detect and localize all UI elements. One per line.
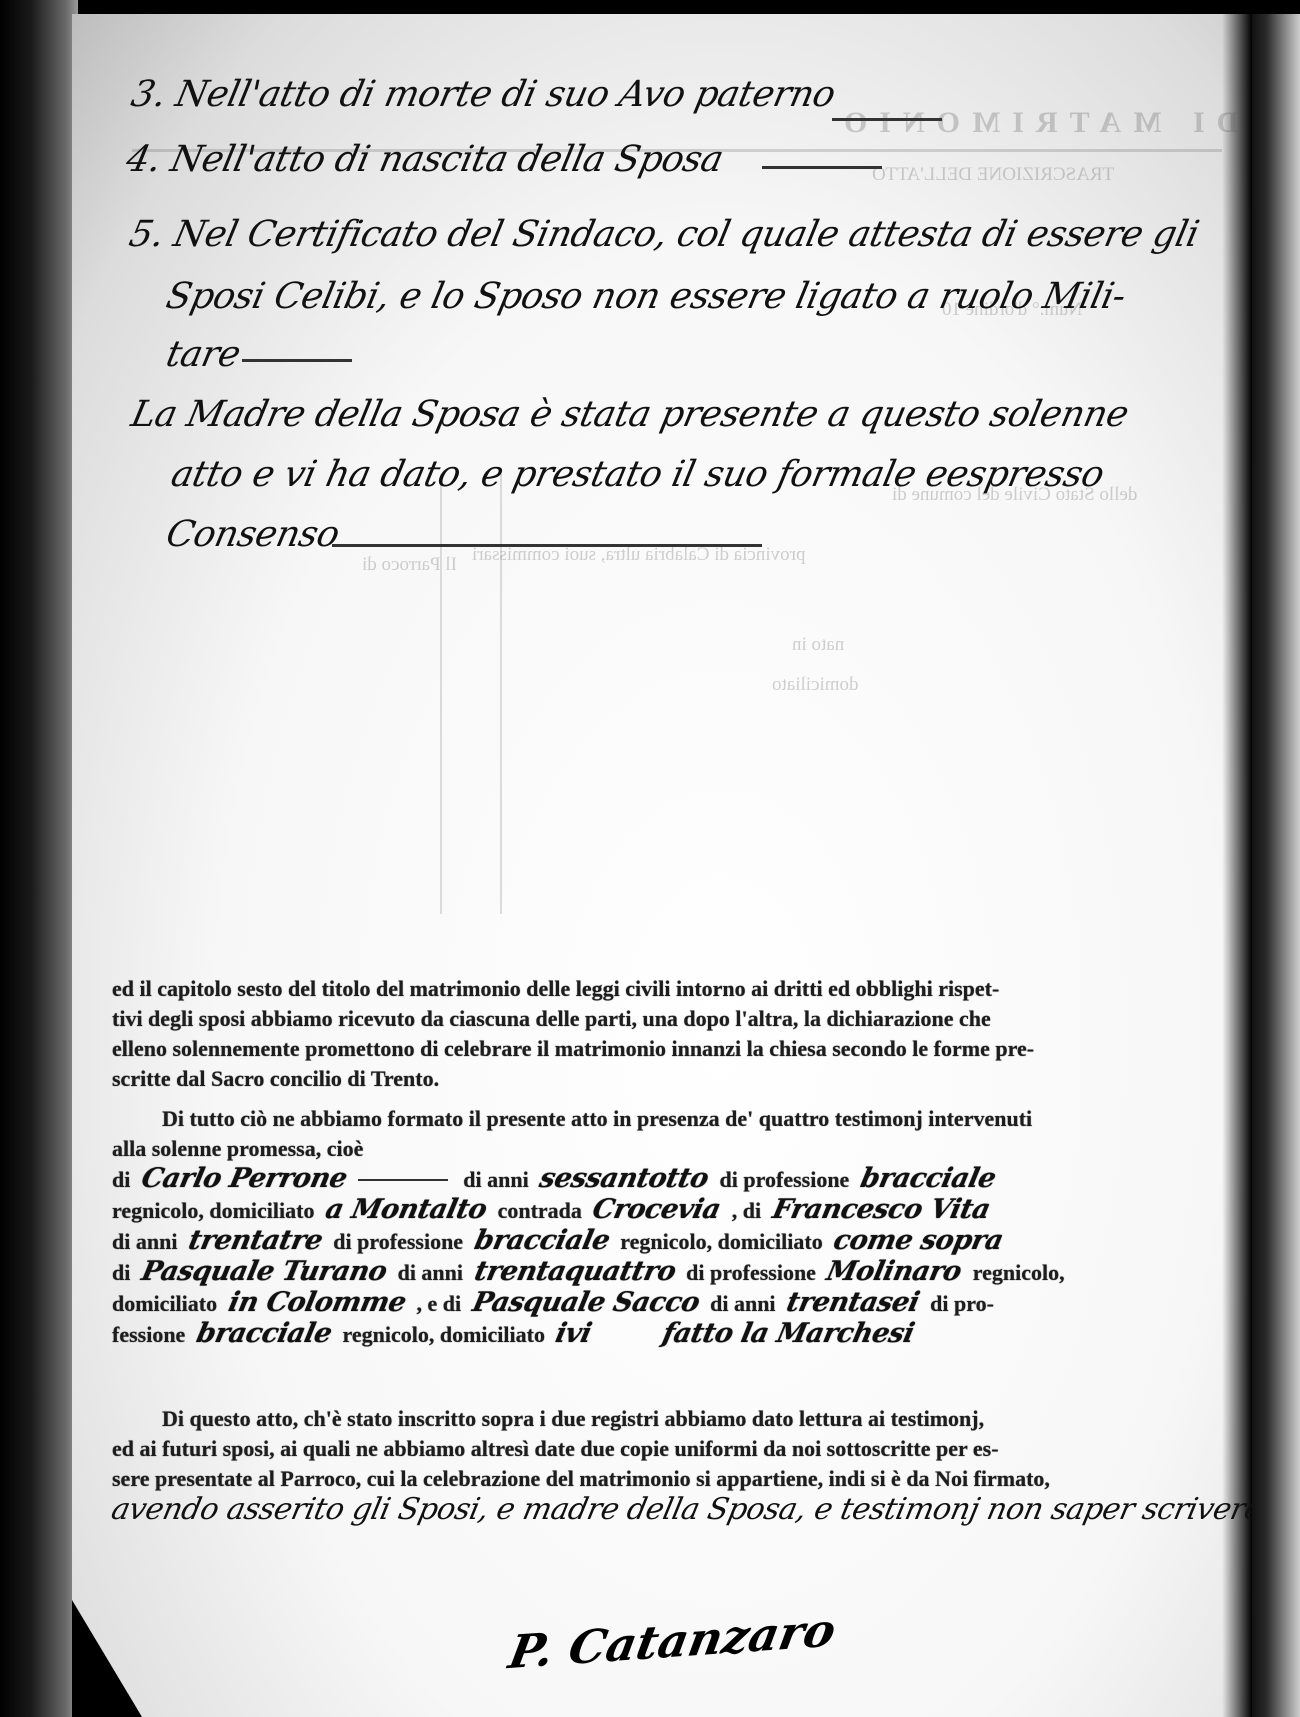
handwritten-note-4: 4. Nell'atto di nascita della Sposa	[123, 139, 727, 180]
blank-rule	[358, 1179, 448, 1181]
witness-2-name: Francesco Vita	[769, 1195, 992, 1225]
handwritten-mother-consent-cont: atto e vi ha dato, e prestato il suo for…	[168, 454, 1108, 495]
bleed-line: TRASCRIZIONE DELL'ATTO	[872, 164, 1114, 186]
witness-1-2-line: regnicolo, domiciliato a Montalto contra…	[112, 1195, 1222, 1226]
witness-4-note: fatto la Marchesi	[659, 1319, 916, 1349]
bleed-column-rule	[500, 474, 502, 914]
witness-3-profession: Molinaro	[824, 1257, 964, 1287]
print-line: ed il capitolo sesto del titolo del matr…	[112, 974, 1222, 1004]
witness-4-profession: bracciale	[194, 1319, 335, 1349]
label: di anni	[463, 1167, 528, 1192]
witness-4-age: trentasei	[784, 1288, 922, 1318]
label: regnicolo,	[973, 1260, 1065, 1285]
printed-paragraph-3: Di questo atto, ch'è stato inscritto sop…	[112, 1404, 1222, 1494]
label: regnicolo, domiciliato	[112, 1198, 314, 1223]
print-line: scritte dal Sacro concilio di Trento.	[112, 1064, 1222, 1094]
handwritten-note-3: 3. Nell'atto di morte di suo Avo paterno	[128, 74, 839, 115]
print-line: Di tutto ciò ne abbiamo formato il prese…	[112, 1104, 1222, 1134]
print-line: sere presentate al Parroco, cui la celeb…	[112, 1464, 1222, 1494]
bleed-line: provincia di Calabria ultra, suoi commis…	[472, 544, 805, 566]
label: di pro-	[930, 1291, 994, 1316]
page-gutter-shadow	[1222, 14, 1252, 1717]
witness-4-line: fessione bracciale regnicolo, domiciliat…	[112, 1319, 1222, 1350]
witness-1-profession: bracciale	[858, 1164, 999, 1194]
label: di professione	[686, 1260, 816, 1285]
official-signature: P. Catanzaro	[505, 1603, 840, 1679]
label: , di	[732, 1198, 761, 1223]
label: di	[112, 1167, 130, 1192]
print-line: ed ai futuri sposi, ai quali ne abbiamo …	[112, 1434, 1222, 1464]
handwritten-note-5: 5. Nel Certificato del Sindaco, col qual…	[126, 214, 1203, 255]
bleed-line: Il Parroco di	[362, 554, 457, 576]
printed-paragraph-2: Di tutto ciò ne abbiamo formato il prese…	[112, 1104, 1222, 1350]
witness-4-residence: ivi	[553, 1319, 594, 1349]
witness-3-4-line: domiciliato in Colomme , e di Pasquale S…	[112, 1288, 1222, 1319]
print-line: alla solenne promessa, cioè	[112, 1134, 1222, 1164]
label: di anni	[112, 1229, 177, 1254]
book-spine-shadow	[0, 0, 78, 1717]
handwritten-consenso: Consenso	[163, 514, 343, 555]
handwritten-mother-consent: La Madre della Sposa è stata presente a …	[128, 394, 1132, 435]
witness-4-name: Pasquale Sacco	[469, 1288, 701, 1318]
witness-2-residence: come sopra	[831, 1226, 1006, 1256]
label: fessione	[112, 1322, 185, 1347]
bleed-column-rule	[440, 474, 442, 914]
label: , e di	[416, 1291, 461, 1316]
witness-1-street: Crocevia	[590, 1195, 723, 1225]
adjacent-page-edge	[1252, 14, 1300, 1717]
witness-1-residence: a Montalto	[323, 1195, 490, 1225]
print-line: elleno solennemente promettono di celebr…	[112, 1034, 1222, 1064]
witness-2-profession: bracciale	[471, 1226, 612, 1256]
label: domiciliato	[112, 1291, 217, 1316]
witness-1-age: sessantotto	[537, 1164, 711, 1194]
register-page: ATTO DI MATRIMONIO TRASCRIZIONE DELL'ATT…	[72, 14, 1252, 1717]
print-line: tivi degli sposi abbiamo ricevuto da cia…	[112, 1004, 1222, 1034]
note-underline	[332, 544, 762, 547]
witness-2-line: di anni trentatre di professione braccia…	[112, 1226, 1222, 1257]
witness-3-age: trentaquattro	[471, 1257, 678, 1287]
bleed-line: domiciliato	[772, 674, 859, 696]
label: di	[112, 1260, 130, 1285]
label: di professione	[333, 1229, 463, 1254]
witness-3-name: Pasquale Turano	[139, 1257, 390, 1287]
scan-corner-shadow	[72, 1600, 142, 1717]
label: di anni	[398, 1260, 463, 1285]
bleed-header: ATTO DI MATRIMONIO	[832, 106, 1252, 140]
handwritten-note-5-cont: Sposi Celibi, e lo Sposo non essere liga…	[163, 276, 1129, 317]
print-line: Di questo atto, ch'è stato inscritto sop…	[112, 1404, 1222, 1434]
label: di anni	[710, 1291, 775, 1316]
handwritten-closing-note: avendo asserito gli Sposi, e madre della…	[108, 1492, 1252, 1527]
handwritten-note-5-end: tare	[163, 334, 244, 375]
label: di professione	[720, 1167, 850, 1192]
label: regnicolo, domiciliato	[620, 1229, 822, 1254]
witness-1-line: di Carlo Perrone di anni sessantotto di …	[112, 1164, 1222, 1195]
witness-2-age: trentatre	[186, 1226, 325, 1256]
witness-3-residence: in Colomme	[225, 1288, 408, 1318]
printed-paragraph-1: ed il capitolo sesto del titolo del matr…	[112, 974, 1222, 1094]
bleed-line: nato in	[792, 634, 844, 656]
note-underline	[242, 359, 352, 362]
witness-1-name: Carlo Perrone	[139, 1164, 350, 1194]
witness-3-line: di Pasquale Turano di anni trentaquattro…	[112, 1257, 1222, 1288]
note-underline	[762, 166, 882, 169]
label: regnicolo, domiciliato	[343, 1322, 545, 1347]
note-underline	[832, 118, 942, 121]
label: contrada	[498, 1198, 582, 1223]
